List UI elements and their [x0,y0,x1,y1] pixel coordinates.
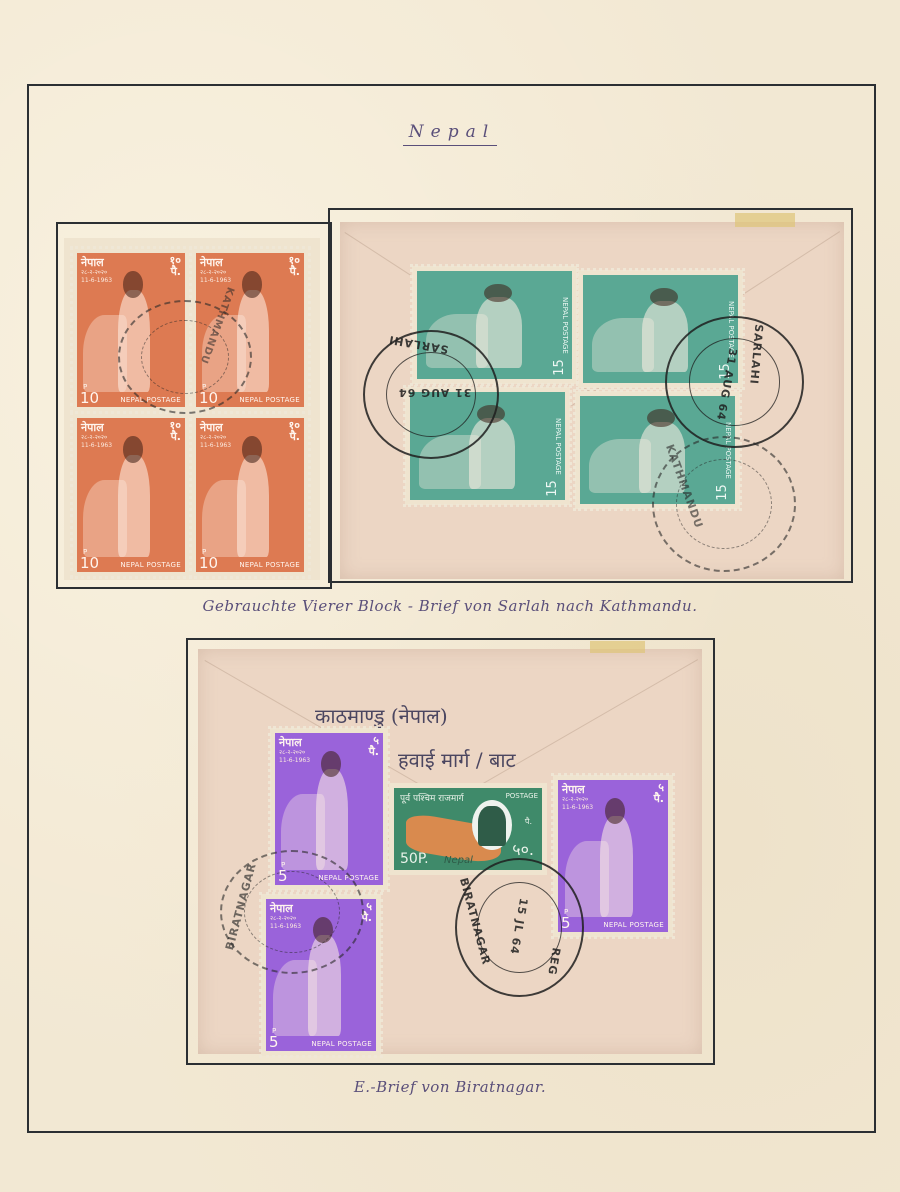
address-line-1: काठमाण्डु (नेपाल) [315,702,448,729]
highway-stamp-currency: पै. [525,816,532,827]
stamp-currency-devanagari: पै. [290,430,300,443]
highway-stamp-value: 50P. [400,851,429,867]
stamp-country: नेपाल [81,255,104,270]
stamp-design: नेपाल २८-२-२०२०11-6-1963 १०पै. P10 NEPAL… [196,418,304,572]
highway-stamp-value-devanagari: ५०. [512,838,534,860]
stamp-date-devanagari: २८-२-२०२० [81,269,107,276]
stamp-country: नेपाल [279,735,302,750]
stamp-date: २८-२-२०२०11-6-1963 [200,269,231,285]
address-line-2: हवाई मार्ग / बाट [398,746,516,773]
stamp-date-devanagari: २८-२-२०२० [200,434,226,441]
stamp-date-latin: 11-6-1963 [200,442,231,449]
king-figure-graphic [237,455,269,557]
stamp-inscription: NEPAL POSTAGE [311,1040,372,1048]
king-head-graphic [123,271,142,297]
king-head-graphic [605,798,625,824]
stamp-date: २८-२-२०२०11-6-1963 [279,749,310,765]
king-head-graphic [484,284,512,302]
stamp-value: P10 [199,549,218,570]
stamp-date: २८-२-२०२०11-6-1963 [200,434,231,450]
stamp-currency-devanagari: पै. [171,430,181,443]
orange-stamp: नेपाल २८-२-२०२०11-6-1963 १०पै. P10 NEPAL… [72,413,190,577]
stamp-value: P5 [269,1028,279,1049]
stamp-date-devanagari: २८-२-२०२० [562,796,588,803]
king-figure-graphic [118,455,150,557]
page-title: Nepal [0,122,900,142]
postmark-sarlahi-1-date: 31 AUG 64 [398,386,471,399]
stamp-currency-devanagari: पै. [654,792,664,805]
king-figure-graphic [600,816,633,916]
tape-hinge [735,213,795,227]
stamp-value-number: 10 [80,389,99,407]
king-head-graphic [242,271,261,297]
stamp-country: नेपाल [200,255,223,270]
stamp-value-rotated: 15 [552,359,567,376]
king-portrait-oval [472,800,512,850]
stamp-date-latin: 11-6-1963 [562,804,593,811]
stamp-date-latin: 11-6-1963 [200,277,231,284]
tape-hinge [590,641,645,653]
stamp-country: नेपाल [81,420,104,435]
stamp-value-number: 10 [199,554,218,572]
page-title-text: Nepal [403,122,497,146]
stamp-date: २८-२-२०२०11-6-1963 [81,434,112,450]
stamp-date-latin: 11-6-1963 [279,757,310,764]
stamp-value-devanagari: ५पै. [654,782,664,804]
king-head-graphic [242,436,261,462]
king-head-graphic [321,751,340,777]
caption-biratnagar: E.-Brief von Biratnagar. [0,1078,900,1096]
orange-stamp: नेपाल २८-२-२०२०11-6-1963 १०पै. P10 NEPAL… [191,413,309,577]
king-head-graphic [647,409,675,427]
postmark-kathmandu-orange [118,300,252,414]
stamp-currency-devanagari: पै. [369,745,379,758]
stamp-date-latin: 11-6-1963 [81,277,112,284]
stamp-value-number: 10 [80,554,99,572]
stamp-date: २८-२-२०२०11-6-1963 [562,796,593,812]
stamp-country: नेपाल [200,420,223,435]
postmark-sarlahi-2 [665,316,804,448]
stamp-design: नेपाल २८-२-२०२०11-6-1963 १०पै. P10 NEPAL… [77,418,185,572]
stamp-inscription: NEPAL POSTAGE [603,921,664,929]
highway-stamp-postage: POSTAGE [506,792,538,800]
king-head-graphic [650,288,678,306]
stamp-value-devanagari: १०पै. [289,420,300,442]
stamp-value: P10 [80,384,99,405]
stamp-value-devanagari: १०पै. [170,255,181,277]
stamp-date-devanagari: २८-२-२०२० [279,749,305,756]
stamp-currency-devanagari: पै. [171,265,181,278]
stamp-value: P10 [80,549,99,570]
stamp-value-devanagari: १०पै. [289,255,300,277]
stamp-value-devanagari: ५पै. [369,735,379,757]
stamp-date-devanagari: २८-२-२०२० [200,269,226,276]
stamp-inscription: NEPAL POSTAGE [120,561,181,569]
stamp-value-number: 5 [269,1033,279,1051]
stamp-inscription: NEPAL POSTAGE [239,396,300,404]
highway-stamp-title: पूर्व पश्चिम राजमार्ग [400,791,464,804]
stamp-value-devanagari: १०पै. [170,420,181,442]
king-head-graphic [123,436,142,462]
stamp-inscription: NEPAL POSTAGE [239,561,300,569]
caption-sarlah: Gebrauchte Vierer Block - Brief von Sarl… [0,597,900,615]
stamp-currency-devanagari: पै. [290,265,300,278]
stamp-date: २८-२-२०२०11-6-1963 [81,269,112,285]
stamp-value-rotated: 15 [545,480,560,497]
stamp-date-devanagari: २८-२-२०२० [81,434,107,441]
stamp-date-latin: 11-6-1963 [81,442,112,449]
stamp-country: नेपाल [562,782,585,797]
highway-stamp-country: Nepal [444,855,473,866]
